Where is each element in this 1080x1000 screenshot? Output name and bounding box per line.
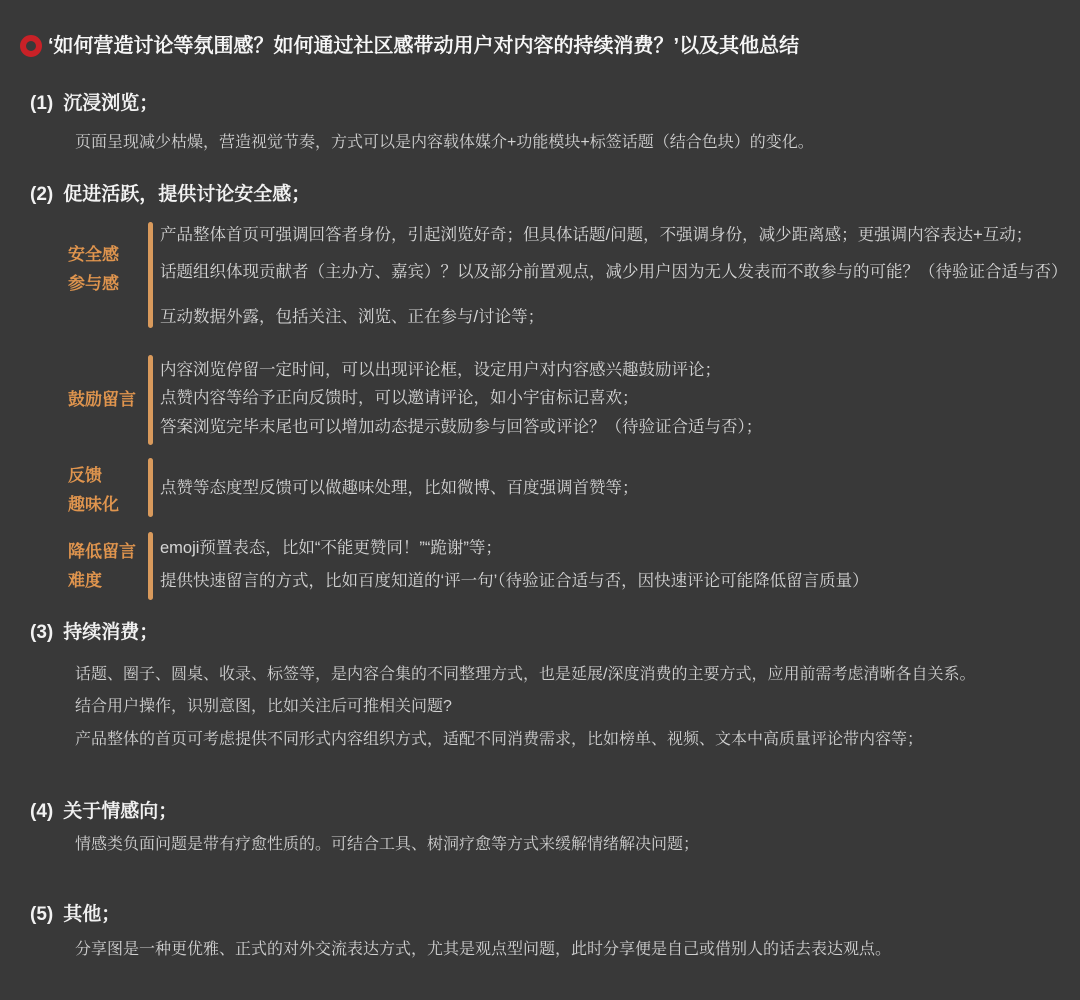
section-3-paragraph: 话题、圈子、圆桌、收录、标签等，是内容合集的不同整理方式，也是延展/深度消费的主… xyxy=(75,664,975,686)
section-number: (3) xyxy=(30,622,53,644)
section-1-paragraph: 页面呈现减少枯燥，营造视觉节奏，方式可以是内容载体媒介+功能模块+标签话题（结合… xyxy=(75,132,814,154)
page-title: ‘如何营造讨论等氛围感？如何通过社区感带动用户对内容的持续消费？’以及其他总结 xyxy=(48,33,799,59)
section-3-heading: (3) 持续消费； xyxy=(30,622,158,644)
section-number: (2) xyxy=(30,184,53,206)
group-line: 话题组织体现贡献者（主办方、嘉宾）？以及部分前置观点，减少用户因为无人发表而不敢… xyxy=(160,261,1068,283)
group-label: 安全感 参与感 xyxy=(68,240,148,298)
red-ring-icon xyxy=(20,35,42,57)
group-line: 点赞内容等给予正向反馈时，可以邀请评论，如小宇宙标记喜欢； xyxy=(160,387,639,409)
section-5-paragraph: 分享图是一种更优雅、正式的对外交流表达方式，尤其是观点型问题，此时分享便是自己或… xyxy=(75,939,891,961)
notes-page: ‘如何营造讨论等氛围感？如何通过社区感带动用户对内容的持续消费？’以及其他总结 … xyxy=(0,0,1080,1000)
section-title: 沉浸浏览； xyxy=(63,93,158,115)
group-label: 降低留言 难度 xyxy=(68,537,148,595)
group-label: 反馈 趣味化 xyxy=(68,461,148,519)
section-number: (5) xyxy=(30,904,53,926)
group-line: 答案浏览完毕末尾也可以增加动态提示鼓励参与回答或评论？（待验证合适与否）； xyxy=(160,416,762,438)
orange-bar xyxy=(148,222,153,328)
section-5-heading: (5) 其他； xyxy=(30,904,120,926)
orange-bar xyxy=(148,532,153,600)
section-number: (1) xyxy=(30,93,53,115)
group-line: 内容浏览停留一定时间，可以出现评论框，设定用户对内容感兴趣鼓励评论； xyxy=(160,359,721,381)
group-line: 产品整体首页可强调回答者身份，引起浏览好奇；但具体话题/问题，不强调身份，减少距… xyxy=(160,224,1032,246)
section-number: (4) xyxy=(30,801,53,823)
section-2-heading: (2) 促进活跃，提供讨论安全感； xyxy=(30,184,310,206)
group-label: 鼓励留言 xyxy=(68,385,148,414)
section-3-paragraph: 结合用户操作，识别意图，比如关注后可推相关问题? xyxy=(75,696,452,718)
group-line: 点赞等态度型反馈可以做趣味处理，比如微博、百度强调首赞等； xyxy=(160,477,639,499)
page-header: ‘如何营造讨论等氛围感？如何通过社区感带动用户对内容的持续消费？’以及其他总结 xyxy=(20,33,799,59)
section-1-heading: (1) 沉浸浏览； xyxy=(30,93,158,115)
section-title: 持续消费； xyxy=(63,622,158,644)
section-4-heading: (4) 关于情感向； xyxy=(30,801,177,823)
section-title: 促进活跃，提供讨论安全感； xyxy=(63,184,310,206)
orange-bar xyxy=(148,355,153,445)
section-4-paragraph: 情感类负面问题是带有疗愈性质的。可结合工具、树洞疗愈等方式来缓解情绪解决问题； xyxy=(75,834,699,856)
group-line: 互动数据外露，包括关注、浏览、正在参与/讨论等； xyxy=(160,306,544,328)
section-3-paragraph: 产品整体的首页可考虑提供不同形式内容组织方式，适配不同消费需求，比如榜单、视频、… xyxy=(75,729,923,751)
section-title: 其他； xyxy=(63,904,120,926)
group-line: emoji预置表态，比如“不能更赞同！”“跪谢”等； xyxy=(160,537,502,559)
group-line: 提供快速留言的方式，比如百度知道的‘评一句’（待验证合适与否，因快速评论可能降低… xyxy=(160,570,869,592)
section-title: 关于情感向； xyxy=(63,801,177,823)
orange-bar xyxy=(148,458,153,517)
